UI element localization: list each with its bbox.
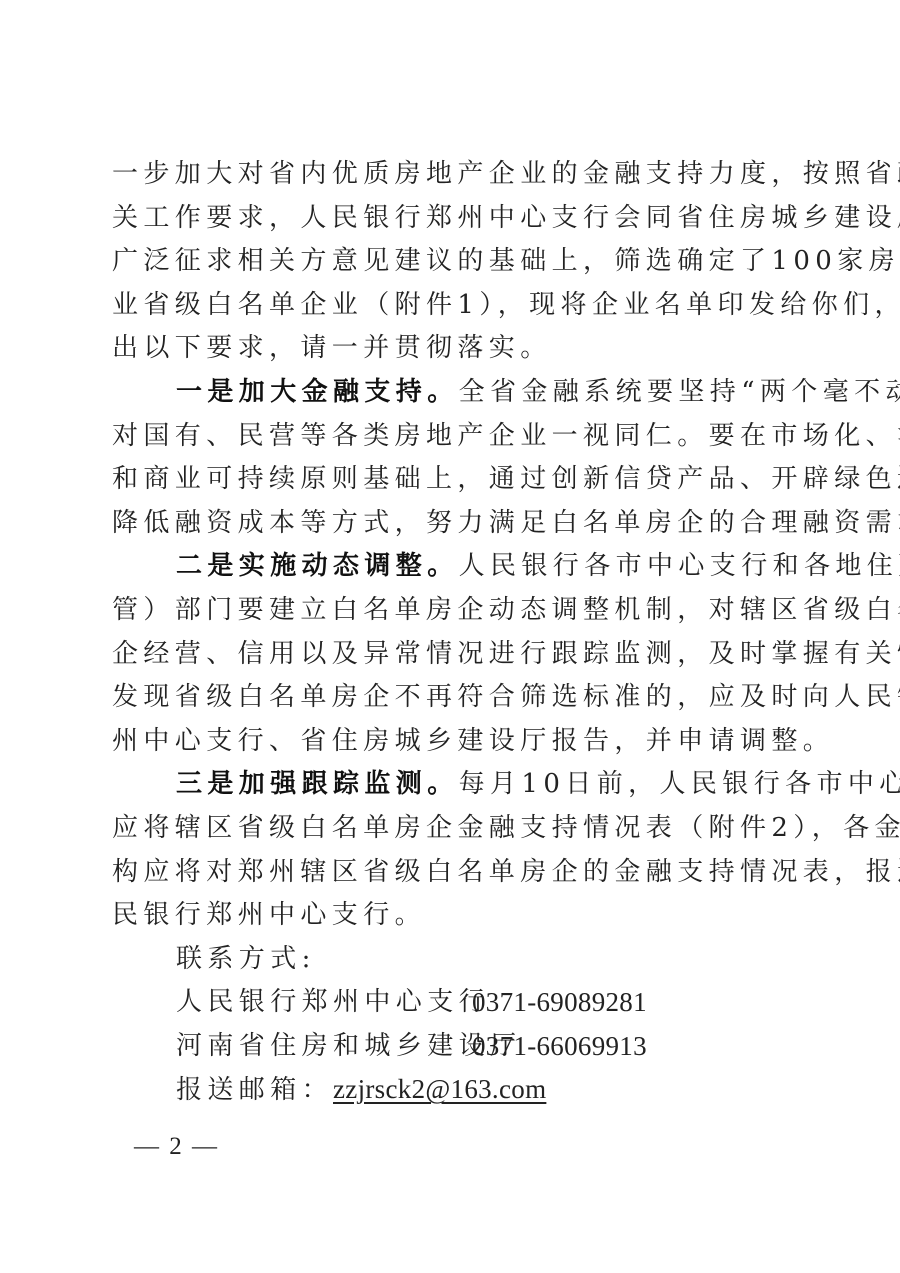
text-line: 应将辖区省级白名单房企金融支持情况表（附件2），各金融机 [112, 807, 792, 851]
email-label: 报送邮箱： [176, 1075, 333, 1105]
contact-org: 河南省住房和城乡建设厅 [176, 1025, 472, 1069]
text-line: 发现省级白名单房企不再符合筛选标准的，应及时向人民银行郑 [112, 676, 792, 720]
text-line: 关工作要求，人民银行郑州中心支行会同省住房城乡建设厅，在 [112, 197, 792, 241]
point-3-text: 每月10日前，人民银行各市中心支行 [459, 769, 900, 799]
point-1-paragraph: 一是加大金融支持。全省金融系统要坚持“两个毫不动摇”， 对国有、民营等各类房地产… [112, 371, 792, 545]
document-page: 一步加大对省内优质房地产企业的金融支持力度，按照省政府有 关工作要求，人民银行郑… [0, 0, 900, 1273]
intro-paragraph: 一步加大对省内优质房地产企业的金融支持力度，按照省政府有 关工作要求，人民银行郑… [112, 153, 792, 371]
point-3-paragraph: 三是加强跟踪监测。每月10日前，人民银行各市中心支行 应将辖区省级白名单房企金融… [112, 763, 792, 937]
text-line: 对国有、民营等各类房地产企业一视同仁。要在市场化、法治化 [112, 415, 792, 459]
text-line: 和商业可持续原则基础上，通过创新信贷产品、开辟绿色通道、 [112, 458, 792, 502]
text-line: 州中心支行、省住房城乡建设厅报告，并申请调整。 [112, 720, 792, 764]
email-link[interactable]: zzjrsck2@163.com [333, 1074, 546, 1104]
document-body: 一步加大对省内优质房地产企业的金融支持力度，按照省政府有 关工作要求，人民银行郑… [112, 153, 792, 1112]
point-2-paragraph: 二是实施动态调整。人民银行各市中心支行和各地住建（房 管）部门要建立白名单房企动… [112, 545, 792, 763]
contact-phone: 0371-66069913 [472, 1025, 647, 1069]
text-line: 广泛征求相关方意见建议的基础上，筛选确定了100家房地产行 [112, 240, 792, 284]
text-line: 一步加大对省内优质房地产企业的金融支持力度，按照省政府有 [112, 153, 792, 197]
text-line: 一是加大金融支持。全省金融系统要坚持“两个毫不动摇”， [112, 371, 792, 415]
contact-phone: 0371-69089281 [472, 981, 647, 1025]
contacts-label: 联系方式: [112, 938, 792, 982]
contact-row: 人民银行郑州中心支行 0371-69089281 [112, 981, 792, 1025]
text-line: 出以下要求，请一并贯彻落实。 [112, 327, 792, 371]
point-2-heading: 二是实施动态调整。 [176, 551, 459, 581]
text-line: 三是加强跟踪监测。每月10日前，人民银行各市中心支行 [112, 763, 792, 807]
text-line: 降低融资成本等方式，努力满足白名单房企的合理融资需求。 [112, 502, 792, 546]
point-2-text: 人民银行各市中心支行和各地住建（房 [459, 551, 900, 581]
text-line: 构应将对郑州辖区省级白名单房企的金融支持情况表，报送至人 [112, 851, 792, 895]
contact-org: 人民银行郑州中心支行 [176, 981, 472, 1025]
contacts-section: 联系方式: 人民银行郑州中心支行 0371-69089281 河南省住房和城乡建… [112, 938, 792, 1112]
contact-row: 河南省住房和城乡建设厅 0371-66069913 [112, 1025, 792, 1069]
point-1-heading: 一是加大金融支持。 [176, 377, 459, 407]
text-line: 业省级白名单企业（附件1），现将企业名单印发给你们，并提 [112, 284, 792, 328]
point-1-text: 全省金融系统要坚持“两个毫不动摇”， [459, 377, 900, 407]
text-line: 民银行郑州中心支行。 [112, 894, 792, 938]
email-row: 报送邮箱：zzjrsck2@163.com [112, 1068, 792, 1112]
text-line: 二是实施动态调整。人民银行各市中心支行和各地住建（房 [112, 545, 792, 589]
text-line: 管）部门要建立白名单房企动态调整机制，对辖区省级白名单房 [112, 589, 792, 633]
text-line: 企经营、信用以及异常情况进行跟踪监测，及时掌握有关情况； [112, 633, 792, 677]
point-3-heading: 三是加强跟踪监测。 [176, 769, 459, 799]
page-number: — 2 — [134, 1133, 219, 1161]
